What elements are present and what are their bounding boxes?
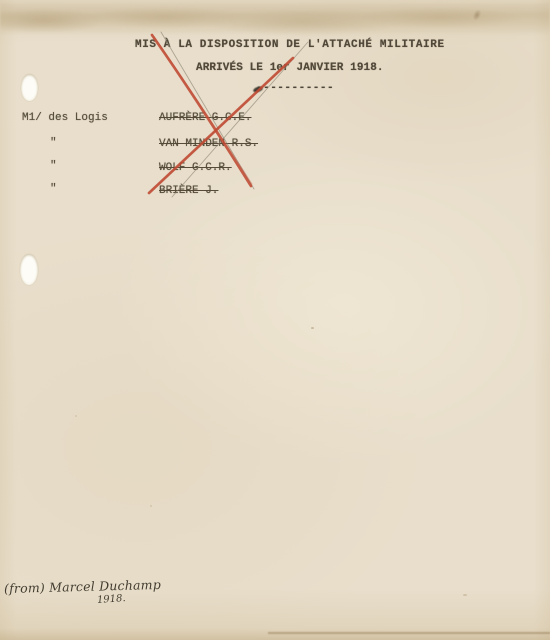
annotation-year: 1918. xyxy=(97,593,126,606)
paper-speck xyxy=(311,327,314,329)
paper-speck xyxy=(75,415,77,417)
pencil-stroke-down-left xyxy=(172,42,308,197)
paper-speck xyxy=(463,594,467,596)
red-stroke-echo xyxy=(151,60,291,191)
red-cross-out-x xyxy=(0,0,550,640)
paper-speck xyxy=(150,505,152,507)
typewritten-document-page: MIS À LA DISPOSITION DE L'ATTACHÉ MILITA… xyxy=(0,0,550,640)
